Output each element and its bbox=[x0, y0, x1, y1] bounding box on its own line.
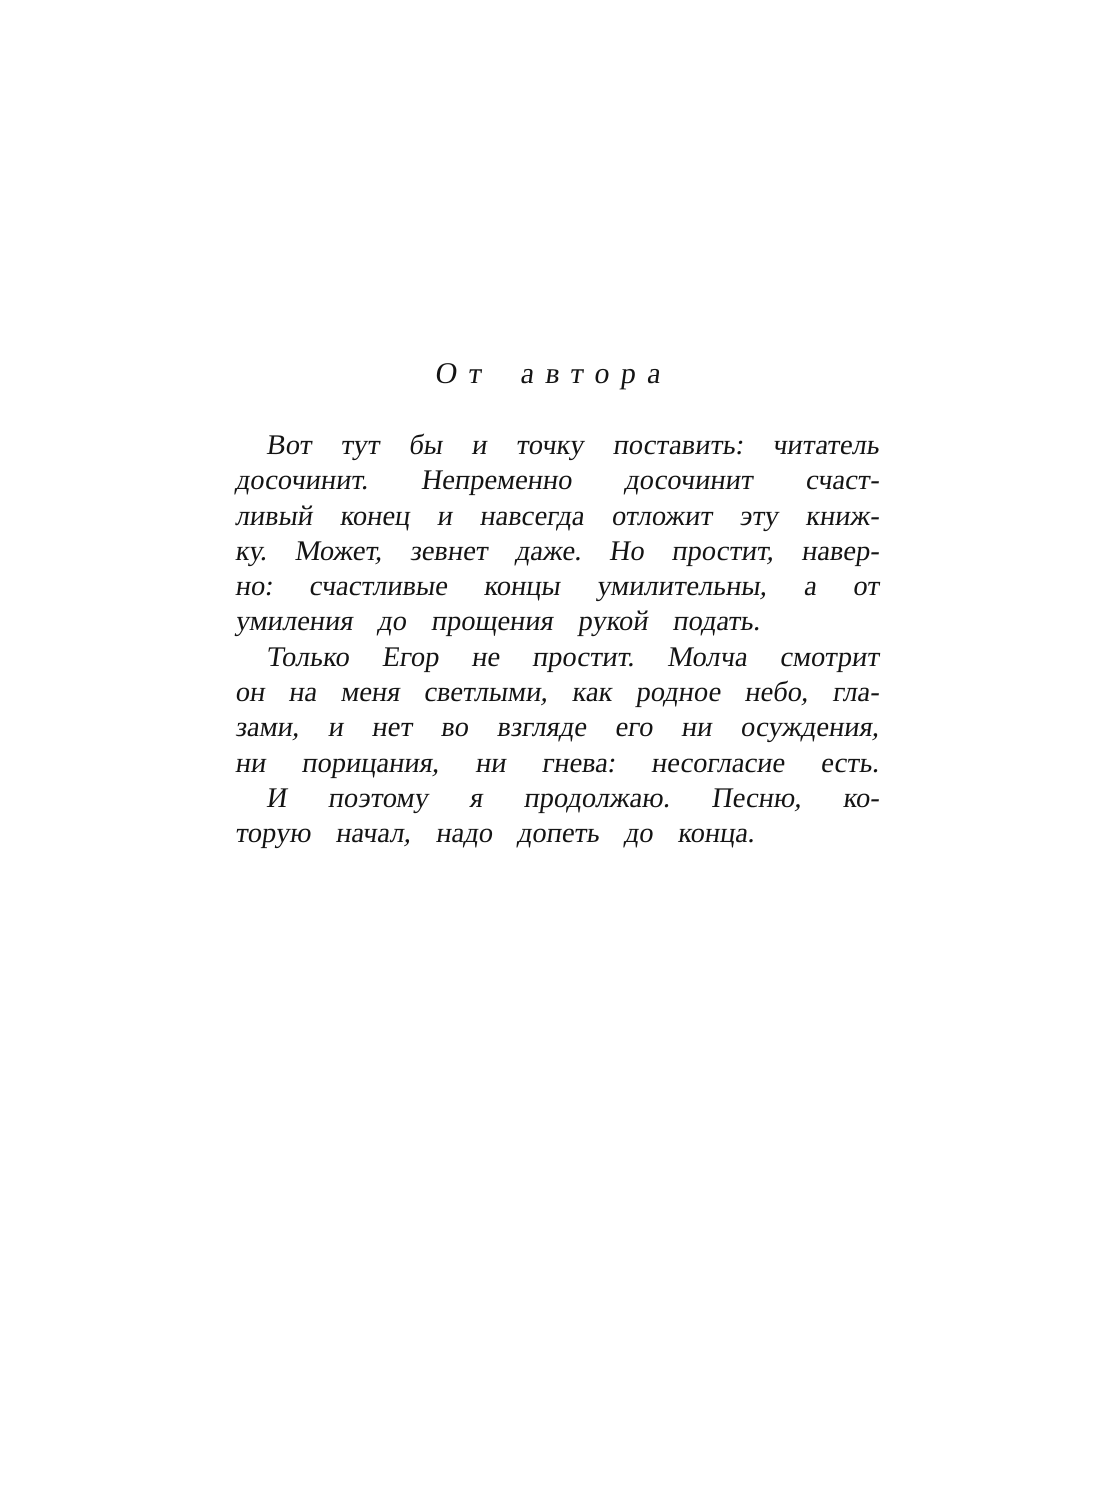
text-line: ливый конец и навсегда отложит эту книж- bbox=[234, 499, 883, 534]
paragraph-2: Только Егор не простит. Молча смотрит он… bbox=[236, 640, 880, 781]
text-line: торую начал, надо допеть до конца. bbox=[234, 816, 883, 851]
text-line: И поэтому я продолжаю. Песню, ко- bbox=[234, 781, 883, 816]
text-line: Вот тут бы и точку поставить: читатель bbox=[234, 428, 883, 463]
text-line: досочинит. Непременно досочинит счаст- bbox=[234, 463, 883, 498]
text-line: зами, и нет во взгляде его ни осуждения, bbox=[234, 710, 883, 745]
text-line: умиления до прощения рукой подать. bbox=[234, 604, 883, 639]
paragraph-1: Вот тут бы и точку поставить: читатель д… bbox=[236, 428, 880, 640]
book-page: От автора Вот тут бы и точку поставить: … bbox=[0, 0, 1108, 1500]
body-text: Вот тут бы и точку поставить: читатель д… bbox=[236, 428, 880, 852]
text-line: Только Егор не простит. Молча смотрит bbox=[234, 640, 883, 675]
text-line: но: счастливые концы умилительны, а от bbox=[234, 569, 883, 604]
text-line: ни порицания, ни гнева: несогласие есть. bbox=[234, 746, 883, 781]
paragraph-3: И поэтому я продолжаю. Песню, ко- торую … bbox=[236, 781, 880, 852]
text-line: он на меня светлыми, как родное небо, гл… bbox=[234, 675, 883, 710]
text-line: ку. Может, зевнет даже. Но простит, наве… bbox=[234, 534, 883, 569]
page-title: От автора bbox=[0, 356, 1108, 392]
